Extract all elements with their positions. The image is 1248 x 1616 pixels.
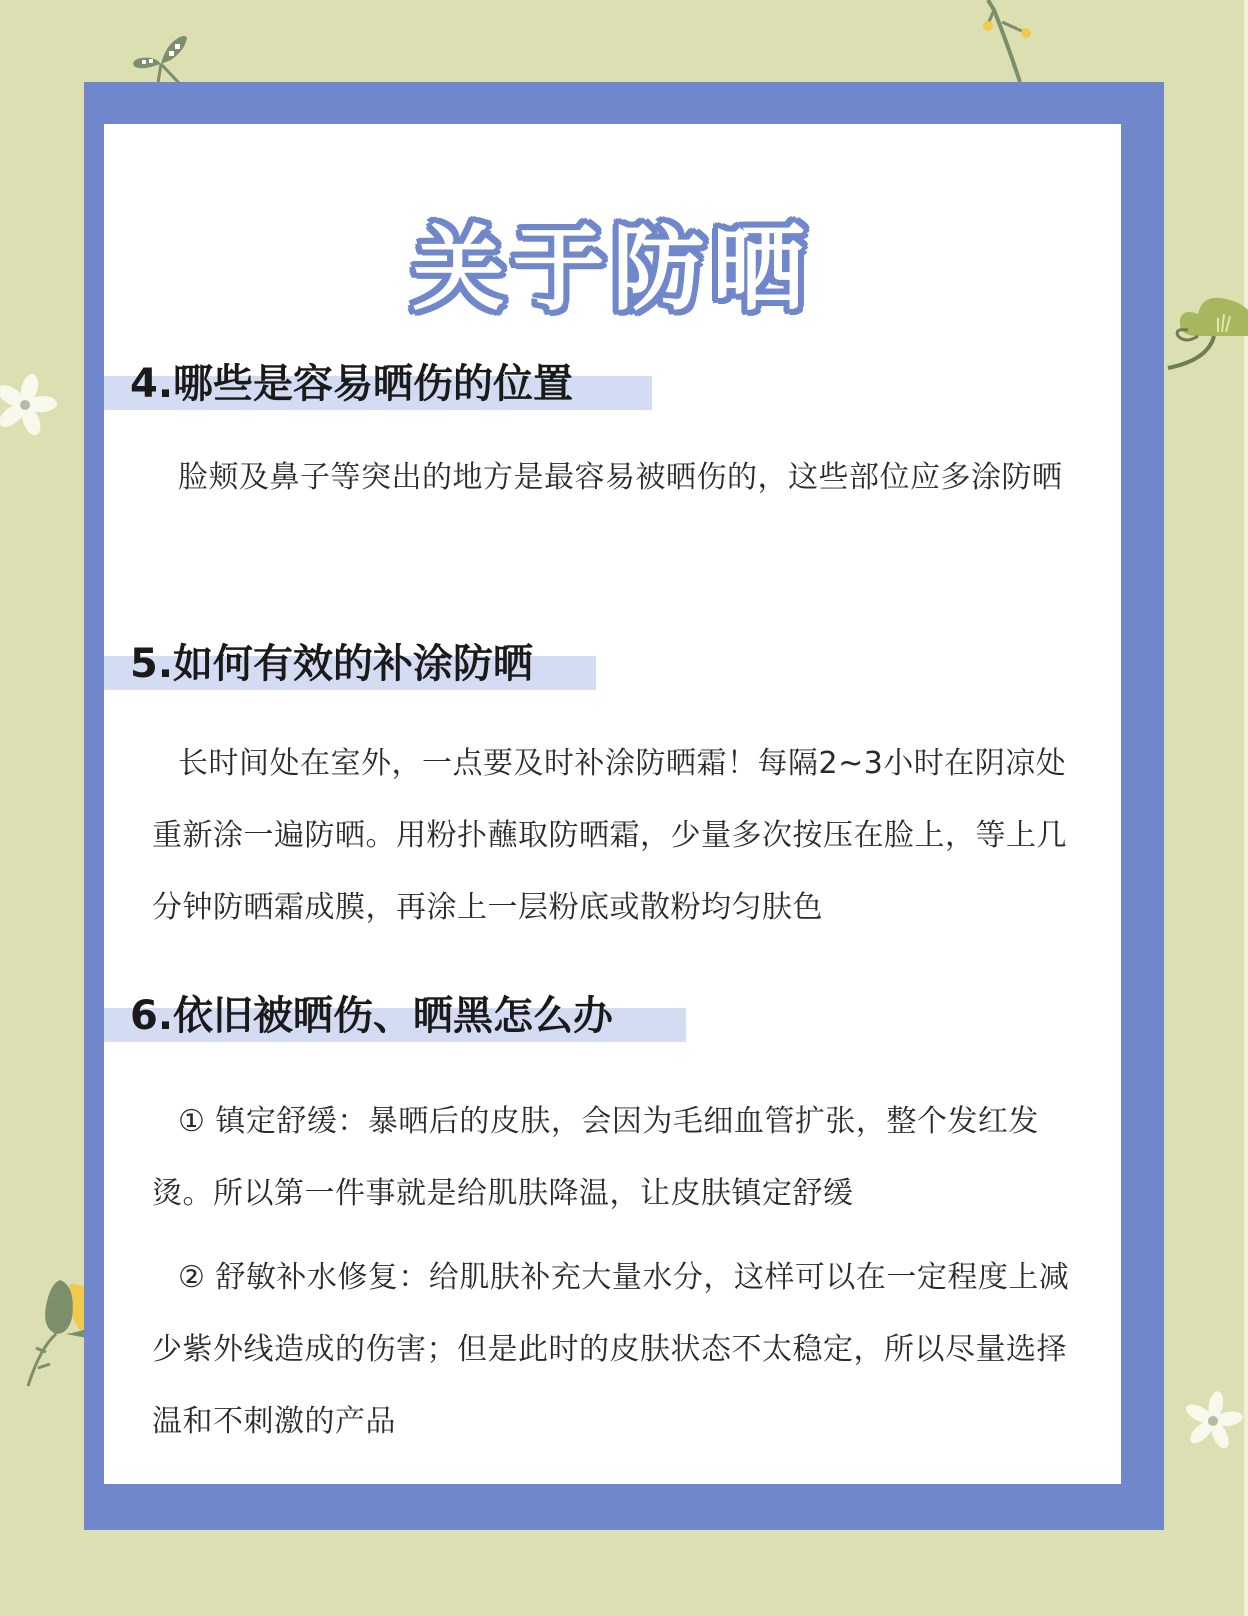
yellow-bud-leaf-icon <box>20 1278 90 1388</box>
daisy-flower-icon <box>0 370 60 440</box>
section-paragraph: ① 镇定舒缓：暴晒后的皮肤，会因为毛细血管扩张，整个发红发烫。所以第一件事就是给… <box>152 1086 1092 1230</box>
section-heading: 5.如何有效的补涂防晒 <box>104 628 596 690</box>
section-paragraph: 脸颊及鼻子等突出的地方是最容易被晒伤的，这些部位应多涂防晒 <box>152 442 1092 514</box>
sprout-icon <box>125 28 195 84</box>
page-title: 关于防晒 <box>104 196 1121 328</box>
section-heading-text: 4.哪些是容易晒伤的位置 <box>130 352 573 409</box>
section-heading-text: 6.依旧被晒伤、晒黑怎么办 <box>130 984 613 1041</box>
section-heading: 4.哪些是容易晒伤的位置 <box>104 348 652 410</box>
section-paragraph: 长时间处在室外，一点要及时补涂防晒霜！每隔2~3小时在阴凉处重新涂一遍防晒。用粉… <box>152 728 1092 944</box>
section-paragraph: ② 舒敏补水修复：给肌肤补充大量水分，这样可以在一定程度上减少紫外线造成的伤害；… <box>152 1242 1092 1458</box>
branch-with-buds-icon <box>980 0 1040 84</box>
edge-strip <box>1244 0 1248 1616</box>
document-card: 关于防晒 4.哪些是容易晒伤的位置 脸颊及鼻子等突出的地方是最容易被晒伤的，这些… <box>104 124 1121 1484</box>
clover-leaf-icon <box>1158 290 1248 380</box>
document-frame: 关于防晒 4.哪些是容易晒伤的位置 脸颊及鼻子等突出的地方是最容易被晒伤的，这些… <box>84 82 1164 1530</box>
section-heading-text: 5.如何有效的补涂防晒 <box>130 632 533 689</box>
section-heading: 6.依旧被晒伤、晒黑怎么办 <box>104 980 686 1042</box>
daisy-flower-icon <box>1180 1388 1246 1454</box>
